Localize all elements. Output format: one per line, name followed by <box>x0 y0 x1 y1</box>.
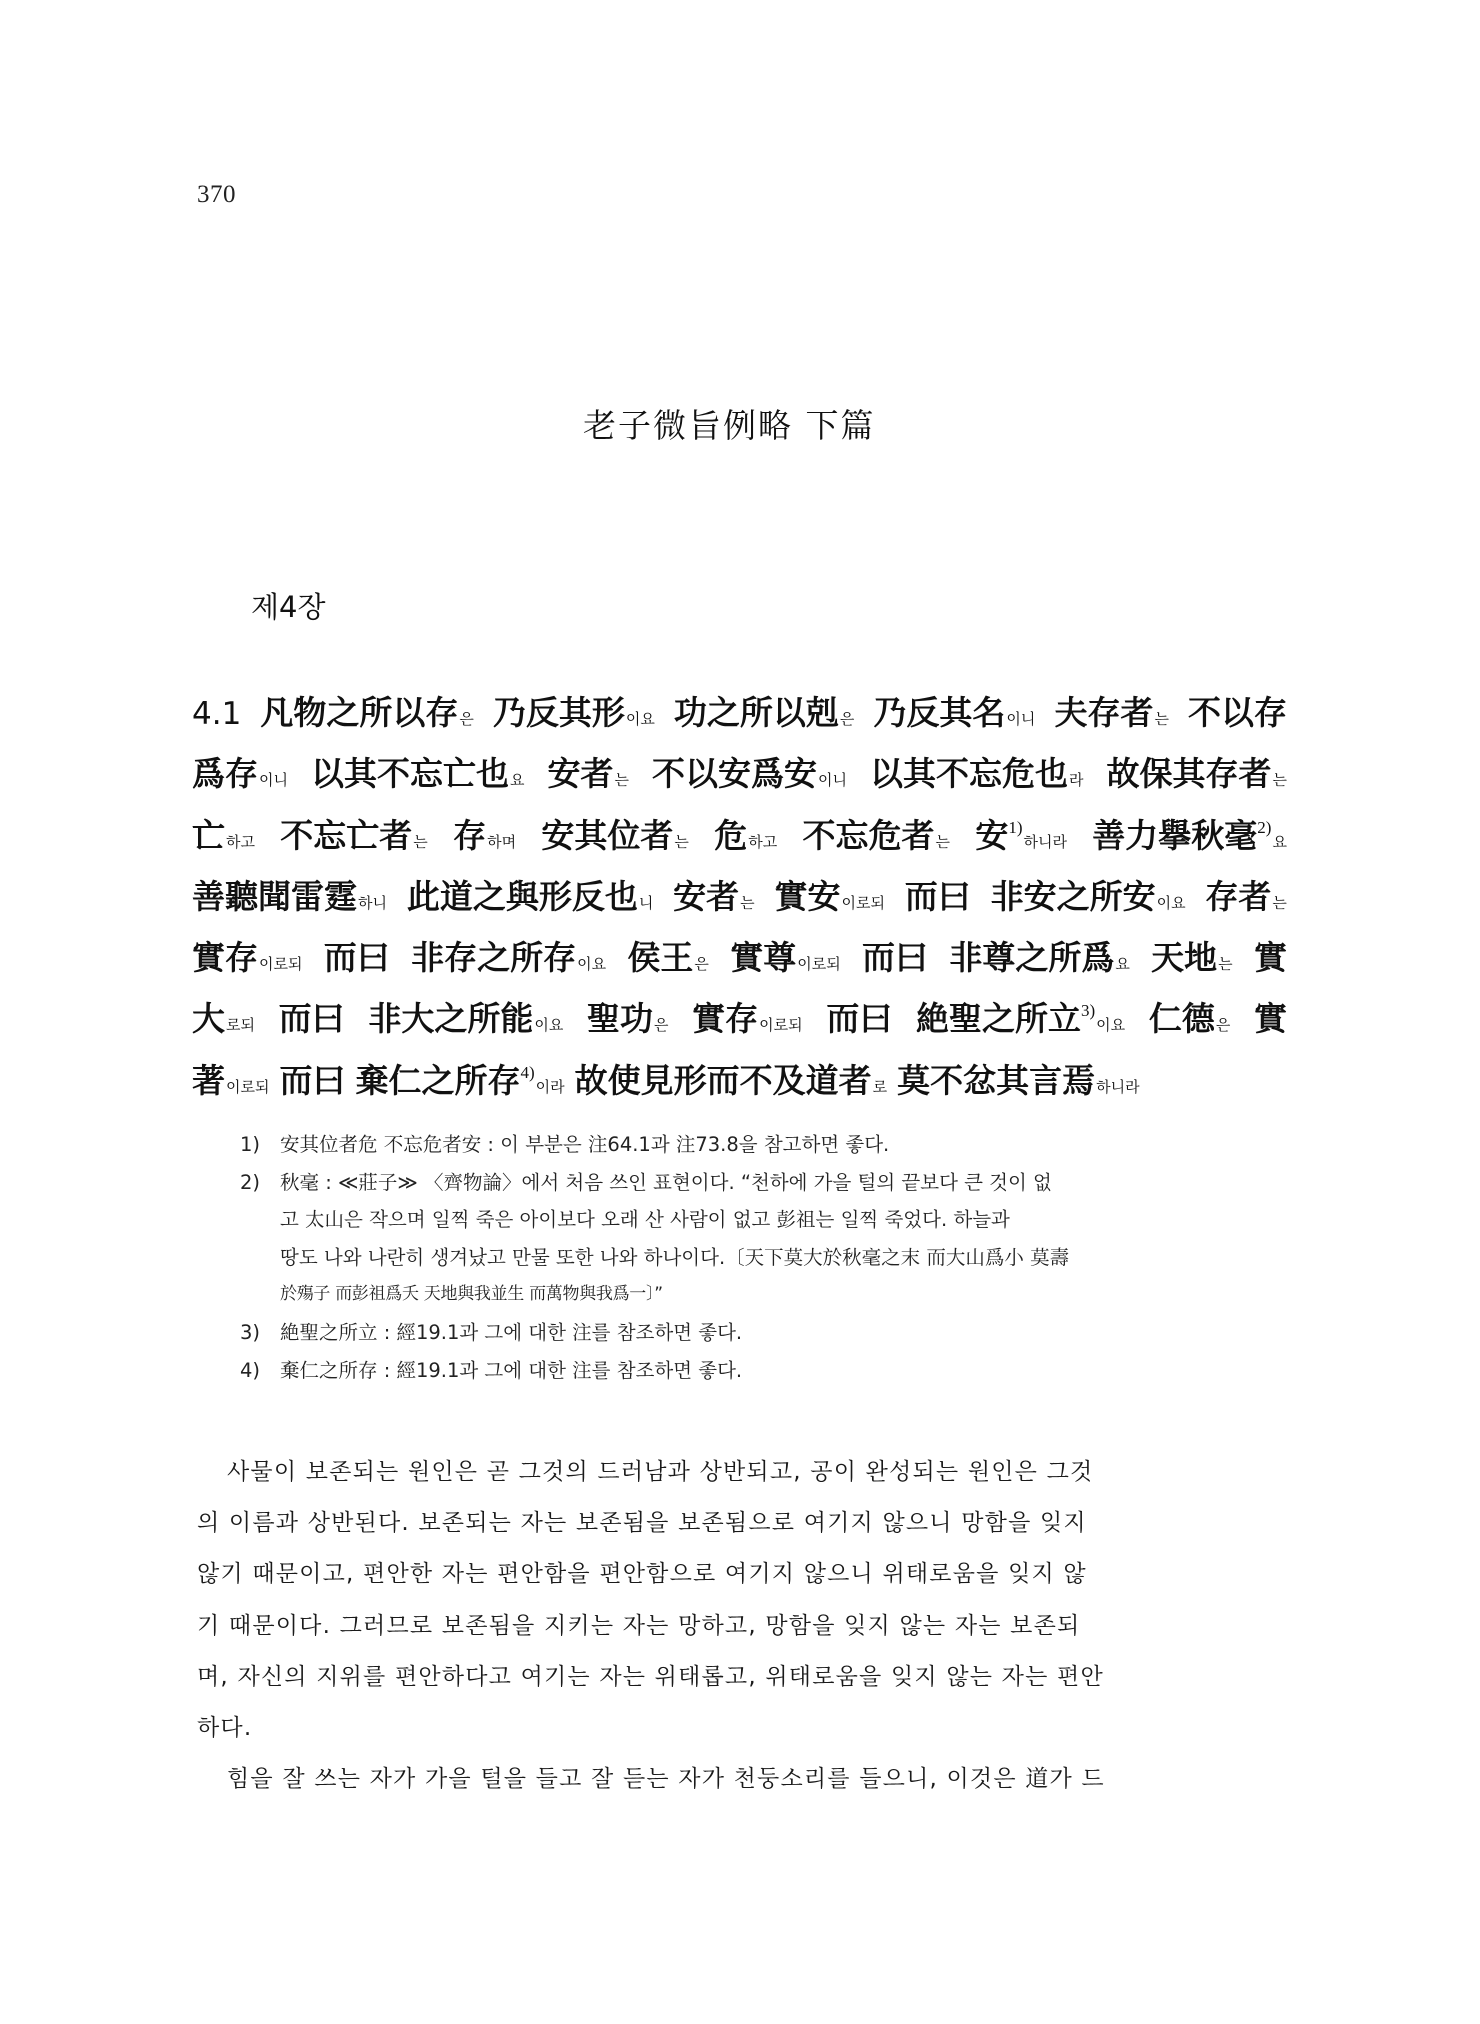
translation-line: 의 이름과 상반된다. 보존되는 자는 보존됨을 보존됨으로 여기지 않으니 망… <box>197 1498 1287 1549</box>
passage-segment: 實 <box>1254 927 1287 988</box>
passage-segment: 不忘危者는 <box>803 805 951 873</box>
hanja-text: 而曰 <box>279 999 345 1038</box>
hanja-text: 安 <box>975 816 1008 855</box>
korean-particle: 이로되 <box>759 1016 802 1034</box>
passage-segment: 功之所以剋은 <box>674 682 855 750</box>
footnotes: 1)安其位者危 不忘危者安 : 이 부분은 注64.1과 注73.8을 참고하면… <box>240 1126 1290 1389</box>
hanja-text: 功之所以剋 <box>674 693 839 732</box>
korean-particle: 라 <box>1069 771 1084 789</box>
translation-line: 힘을 잘 쓰는 자가 가을 털을 들고 잘 듣는 자가 천둥소리를 들으니, 이… <box>197 1754 1287 1805</box>
passage-segment: 存者는 <box>1205 866 1287 934</box>
section-number: 4.1 <box>192 696 241 732</box>
passage-segment: 善聽聞雷霆하니 <box>192 866 387 934</box>
korean-particle: 하고 <box>748 833 777 851</box>
footnote-3: 3)絶聖之所立 : 經19.1과 그에 대한 注를 참조하면 좋다. <box>240 1314 1290 1352</box>
hanja-text: 仁德 <box>1149 999 1215 1038</box>
hanja-text: 而曰 <box>324 938 390 977</box>
passage-line: 亡하고不忘亡者는存하며安其位者는危하고不忘危者는安1)하니라善力擧秋毫2)요 <box>192 805 1287 866</box>
passage-segment: 不以安爲安이니 <box>652 743 847 811</box>
hanja-text: 而曰 <box>279 1061 345 1100</box>
passage-line: 實存이로되而曰非存之所存이요侯王은實尊이로되而曰非尊之所爲요天地는實 <box>192 927 1287 988</box>
hanja-text: 不以存 <box>1188 693 1287 732</box>
korean-particle: 이요 <box>577 955 606 973</box>
footnote-ref[interactable]: 4) <box>520 1063 534 1082</box>
footnote-4: 4)棄仁之所存 : 經19.1과 그에 대한 注를 참조하면 좋다. <box>240 1352 1290 1390</box>
passage-segment: 4.1 <box>192 682 241 745</box>
passage-segment: 侯王은 <box>627 927 709 995</box>
korean-particle: 로되 <box>226 1016 255 1034</box>
passage-segment: 故保其存者는 <box>1106 743 1287 811</box>
passage-segment: 而曰 <box>905 866 971 927</box>
hanja-text: 莫不忿其言焉 <box>897 1061 1095 1100</box>
passage-segment: 非尊之所爲요 <box>949 927 1130 995</box>
passage-segment: 以其不忘亡也요 <box>311 743 525 811</box>
hanja-text: 亡 <box>192 816 225 855</box>
footnote-number: 1) <box>240 1126 280 1164</box>
korean-particle: 이요 <box>1096 1016 1125 1034</box>
korean-particle: 하니 <box>358 894 387 912</box>
korean-particle: 요 <box>1115 955 1130 973</box>
hanja-text: 凡物之所以存 <box>260 693 458 732</box>
hanja-text: 安者 <box>547 754 613 793</box>
hanja-text: 實尊 <box>730 938 796 977</box>
footnote-2: 2)秋毫 : ≪莊子≫ 〈齊物論〉에서 처음 쓰인 표현이다. “천하에 가을 … <box>240 1164 1290 1202</box>
passage-segment: 故使見形而不及道者로 <box>575 1050 888 1118</box>
footnote-text: 絶聖之所立 : 經19.1과 그에 대한 注를 참조하면 좋다. <box>280 1321 742 1344</box>
hanja-text: 絶聖之所立 <box>916 999 1081 1038</box>
translation-line: 기 때문이다. 그러므로 보존됨을 지키는 자는 망하고, 망함을 잊지 않는 … <box>197 1601 1287 1652</box>
passage-segment: 實存이로되 <box>192 927 302 995</box>
korean-particle: 는 <box>674 833 689 851</box>
korean-particle: 요 <box>510 771 525 789</box>
hanja-text: 爲存 <box>192 754 258 793</box>
page-title: 老子微旨例略 下篇 <box>583 400 876 447</box>
korean-particle: 이로되 <box>841 894 884 912</box>
page-number: 370 <box>197 181 236 209</box>
korean-particle: 이요 <box>626 710 655 728</box>
footnote-1: 1)安其位者危 不忘危者安 : 이 부분은 注64.1과 注73.8을 참고하면… <box>240 1126 1290 1164</box>
passage-segment: 安1)하니라 <box>975 805 1067 873</box>
footnote-text: 棄仁之所存 : 經19.1과 그에 대한 注를 참조하면 좋다. <box>280 1359 742 1382</box>
hanja-text: 而曰 <box>862 938 928 977</box>
passage-segment: 凡物之所以存은 <box>260 682 474 750</box>
hanja-text: 非大之所能 <box>368 999 533 1038</box>
passage-segment: 著이로되 <box>192 1050 269 1118</box>
korean-particle: 요 <box>1272 833 1287 851</box>
hanja-text: 乃反其形 <box>493 693 625 732</box>
hanja-text: 安者 <box>673 877 739 916</box>
hanja-text: 以其不忘危也 <box>870 754 1068 793</box>
footnote-2-continuation: 於殤子 而彭祖爲夭 天地與我並生 而萬物與我爲一〕” <box>240 1276 1290 1314</box>
hanja-text: 不以安爲安 <box>652 754 817 793</box>
passage-line: 著이로되而曰棄仁之所存4)이라故使見形而不及道者로莫不忿其言焉하니라 <box>192 1050 1287 1111</box>
korean-particle: 니 <box>639 894 654 912</box>
hanja-text: 非尊之所爲 <box>949 938 1114 977</box>
footnote-2-continuation: 땅도 나와 나란히 생겨났고 만물 또한 나와 하나이다.〔天下莫大於秋毫之末 … <box>240 1239 1290 1277</box>
korean-particle: 이요 <box>1157 894 1186 912</box>
korean-particle: 이니 <box>259 771 288 789</box>
hanja-text: 大 <box>192 999 225 1038</box>
hanja-text: 危 <box>714 816 747 855</box>
korean-particle: 은 <box>840 710 855 728</box>
hanja-text: 乃反其名 <box>873 693 1005 732</box>
passage-segment: 絶聖之所立3)이요 <box>916 988 1125 1056</box>
passage-segment: 仁德은 <box>1149 988 1231 1056</box>
hanja-text: 而曰 <box>905 877 971 916</box>
korean-particle: 은 <box>654 1016 669 1034</box>
hanja-text: 存 <box>453 816 486 855</box>
classical-text-passage: 4.1凡物之所以存은乃反其形이요功之所以剋은乃反其名이니夫存者는不以存爲存이니以… <box>192 682 1287 1111</box>
translation-line: 하다. <box>197 1703 1287 1754</box>
korean-particle: 는 <box>1154 710 1169 728</box>
korean-particle: 이로되 <box>259 955 302 973</box>
korean-particle: 로 <box>873 1078 888 1096</box>
chapter-heading: 제4장 <box>251 585 325 626</box>
footnote-2-continuation: 고 太山은 작으며 일찍 죽은 아이보다 오래 산 사람이 없고 彭祖는 일찍 … <box>240 1201 1290 1239</box>
passage-segment: 實尊이로되 <box>730 927 840 995</box>
passage-line: 善聽聞雷霆하니此道之與形反也니安者는實安이로되而曰非安之所安이요存者는 <box>192 866 1287 927</box>
footnote-number: 2) <box>240 1164 280 1202</box>
hanja-text: 不忘危者 <box>803 816 935 855</box>
passage-segment: 而曰 <box>826 988 892 1049</box>
passage-segment: 大로되 <box>192 988 255 1056</box>
passage-segment: 安者는 <box>673 866 755 934</box>
footnote-ref[interactable]: 1) <box>1008 818 1022 837</box>
korean-particle: 하며 <box>487 833 516 851</box>
hanja-text: 著 <box>192 1061 225 1100</box>
hanja-text: 以其不忘亡也 <box>311 754 509 793</box>
passage-segment: 而曰 <box>324 927 390 988</box>
hanja-text: 實存 <box>692 999 758 1038</box>
hanja-text: 而曰 <box>826 999 892 1038</box>
hanja-text: 故使見形而不及道者 <box>575 1061 872 1100</box>
hanja-text: 善聽聞雷霆 <box>192 877 357 916</box>
hanja-text: 實存 <box>192 938 258 977</box>
hanja-text: 非安之所安 <box>991 877 1156 916</box>
passage-segment: 非安之所安이요 <box>991 866 1186 934</box>
passage-segment: 不忘亡者는 <box>280 805 428 873</box>
passage-segment: 存하며 <box>453 805 516 873</box>
hanja-text: 此道之與形反也 <box>407 877 638 916</box>
korean-particle: 는 <box>740 894 755 912</box>
korean-particle: 는 <box>614 771 629 789</box>
hanja-text: 實安 <box>774 877 840 916</box>
korean-particle: 이라 <box>536 1078 565 1096</box>
hanja-text: 善力擧秋毫 <box>1092 816 1257 855</box>
passage-segment: 危하고 <box>714 805 777 873</box>
hanja-text: 不忘亡者 <box>280 816 412 855</box>
hanja-text: 實 <box>1254 999 1287 1038</box>
passage-segment: 而曰 <box>279 1050 345 1111</box>
korean-particle: 하고 <box>226 833 255 851</box>
passage-segment: 非存之所存이요 <box>411 927 606 995</box>
passage-segment: 實安이로되 <box>774 866 884 934</box>
passage-segment: 此道之與形反也니 <box>407 866 654 934</box>
footnote-ref[interactable]: 2) <box>1257 818 1271 837</box>
hanja-text: 安其位者 <box>541 816 673 855</box>
korean-particle: 하니라 <box>1096 1078 1139 1096</box>
korean-particle: 하니라 <box>1024 833 1067 851</box>
korean-particle: 는 <box>1272 771 1287 789</box>
passage-segment: 非大之所能이요 <box>368 988 563 1056</box>
passage-segment: 爲存이니 <box>192 743 288 811</box>
passage-segment: 亡하고 <box>192 805 255 873</box>
korean-translation: 사물이 보존되는 원인은 곧 그것의 드러남과 상반되고, 공이 완성되는 원인… <box>197 1447 1287 1805</box>
korean-particle: 은 <box>694 955 709 973</box>
hanja-text: 故保其存者 <box>1106 754 1271 793</box>
passage-segment: 乃反其形이요 <box>493 682 655 750</box>
passage-segment: 棄仁之所存4)이라 <box>355 1050 564 1118</box>
hanja-text: 聖功 <box>587 999 653 1038</box>
footnote-text: 秋毫 : ≪莊子≫ 〈齊物論〉에서 처음 쓰인 표현이다. “천하에 가을 털의… <box>280 1171 1052 1194</box>
translation-line: 며, 자신의 지위를 편안하다고 여기는 자는 위태롭고, 위태로움을 잊지 않… <box>197 1652 1287 1703</box>
korean-particle: 은 <box>459 710 474 728</box>
passage-segment: 天地는 <box>1151 927 1233 995</box>
hanja-text: 侯王 <box>627 938 693 977</box>
translation-line: 않기 때문이고, 편안한 자는 편안함을 편안함으로 여기지 않으니 위태로움을… <box>197 1549 1287 1600</box>
passage-segment: 不以存 <box>1188 682 1287 743</box>
passage-line: 4.1凡物之所以存은乃反其形이요功之所以剋은乃反其名이니夫存者는不以存 <box>192 682 1287 743</box>
footnote-number: 3) <box>240 1314 280 1352</box>
hanja-text: 非存之所存 <box>411 938 576 977</box>
korean-particle: 이로되 <box>797 955 840 973</box>
passage-segment: 夫存者는 <box>1054 682 1169 750</box>
hanja-text: 實 <box>1254 938 1287 977</box>
passage-segment: 莫不忿其言焉하니라 <box>897 1050 1139 1118</box>
passage-segment: 而曰 <box>279 988 345 1049</box>
korean-particle: 는 <box>1218 955 1233 973</box>
passage-segment: 實 <box>1254 988 1287 1049</box>
hanja-text: 棄仁之所存 <box>355 1061 520 1100</box>
korean-particle: 는 <box>1272 894 1287 912</box>
korean-particle: 이니 <box>1006 710 1035 728</box>
hanja-text: 天地 <box>1151 938 1217 977</box>
footnote-ref[interactable]: 3) <box>1081 1001 1095 1020</box>
passage-segment: 以其不忘危也라 <box>870 743 1084 811</box>
korean-particle: 이니 <box>818 771 847 789</box>
korean-particle: 이요 <box>534 1016 563 1034</box>
passage-segment: 而曰 <box>862 927 928 988</box>
hanja-text: 存者 <box>1205 877 1271 916</box>
hanja-text: 夫存者 <box>1054 693 1153 732</box>
passage-segment: 實存이로되 <box>692 988 802 1056</box>
passage-segment: 安其位者는 <box>541 805 689 873</box>
korean-particle: 은 <box>1216 1016 1231 1034</box>
footnote-number: 4) <box>240 1352 280 1390</box>
passage-line: 爲存이니以其不忘亡也요安者는不以安爲安이니以其不忘危也라故保其存者는 <box>192 743 1287 804</box>
passage-line: 大로되而曰非大之所能이요聖功은實存이로되而曰絶聖之所立3)이요仁德은實 <box>192 988 1287 1049</box>
passage-segment: 乃反其名이니 <box>873 682 1035 750</box>
korean-particle: 는 <box>413 833 428 851</box>
translation-line: 사물이 보존되는 원인은 곧 그것의 드러남과 상반되고, 공이 완성되는 원인… <box>197 1447 1287 1498</box>
passage-segment: 安者는 <box>547 743 629 811</box>
passage-segment: 善力擧秋毫2)요 <box>1092 805 1287 873</box>
passage-segment: 聖功은 <box>587 988 669 1056</box>
korean-particle: 는 <box>936 833 951 851</box>
korean-particle: 이로되 <box>226 1078 269 1096</box>
footnote-text: 安其位者危 不忘危者安 : 이 부분은 注64.1과 注73.8을 참고하면 좋… <box>280 1133 889 1156</box>
